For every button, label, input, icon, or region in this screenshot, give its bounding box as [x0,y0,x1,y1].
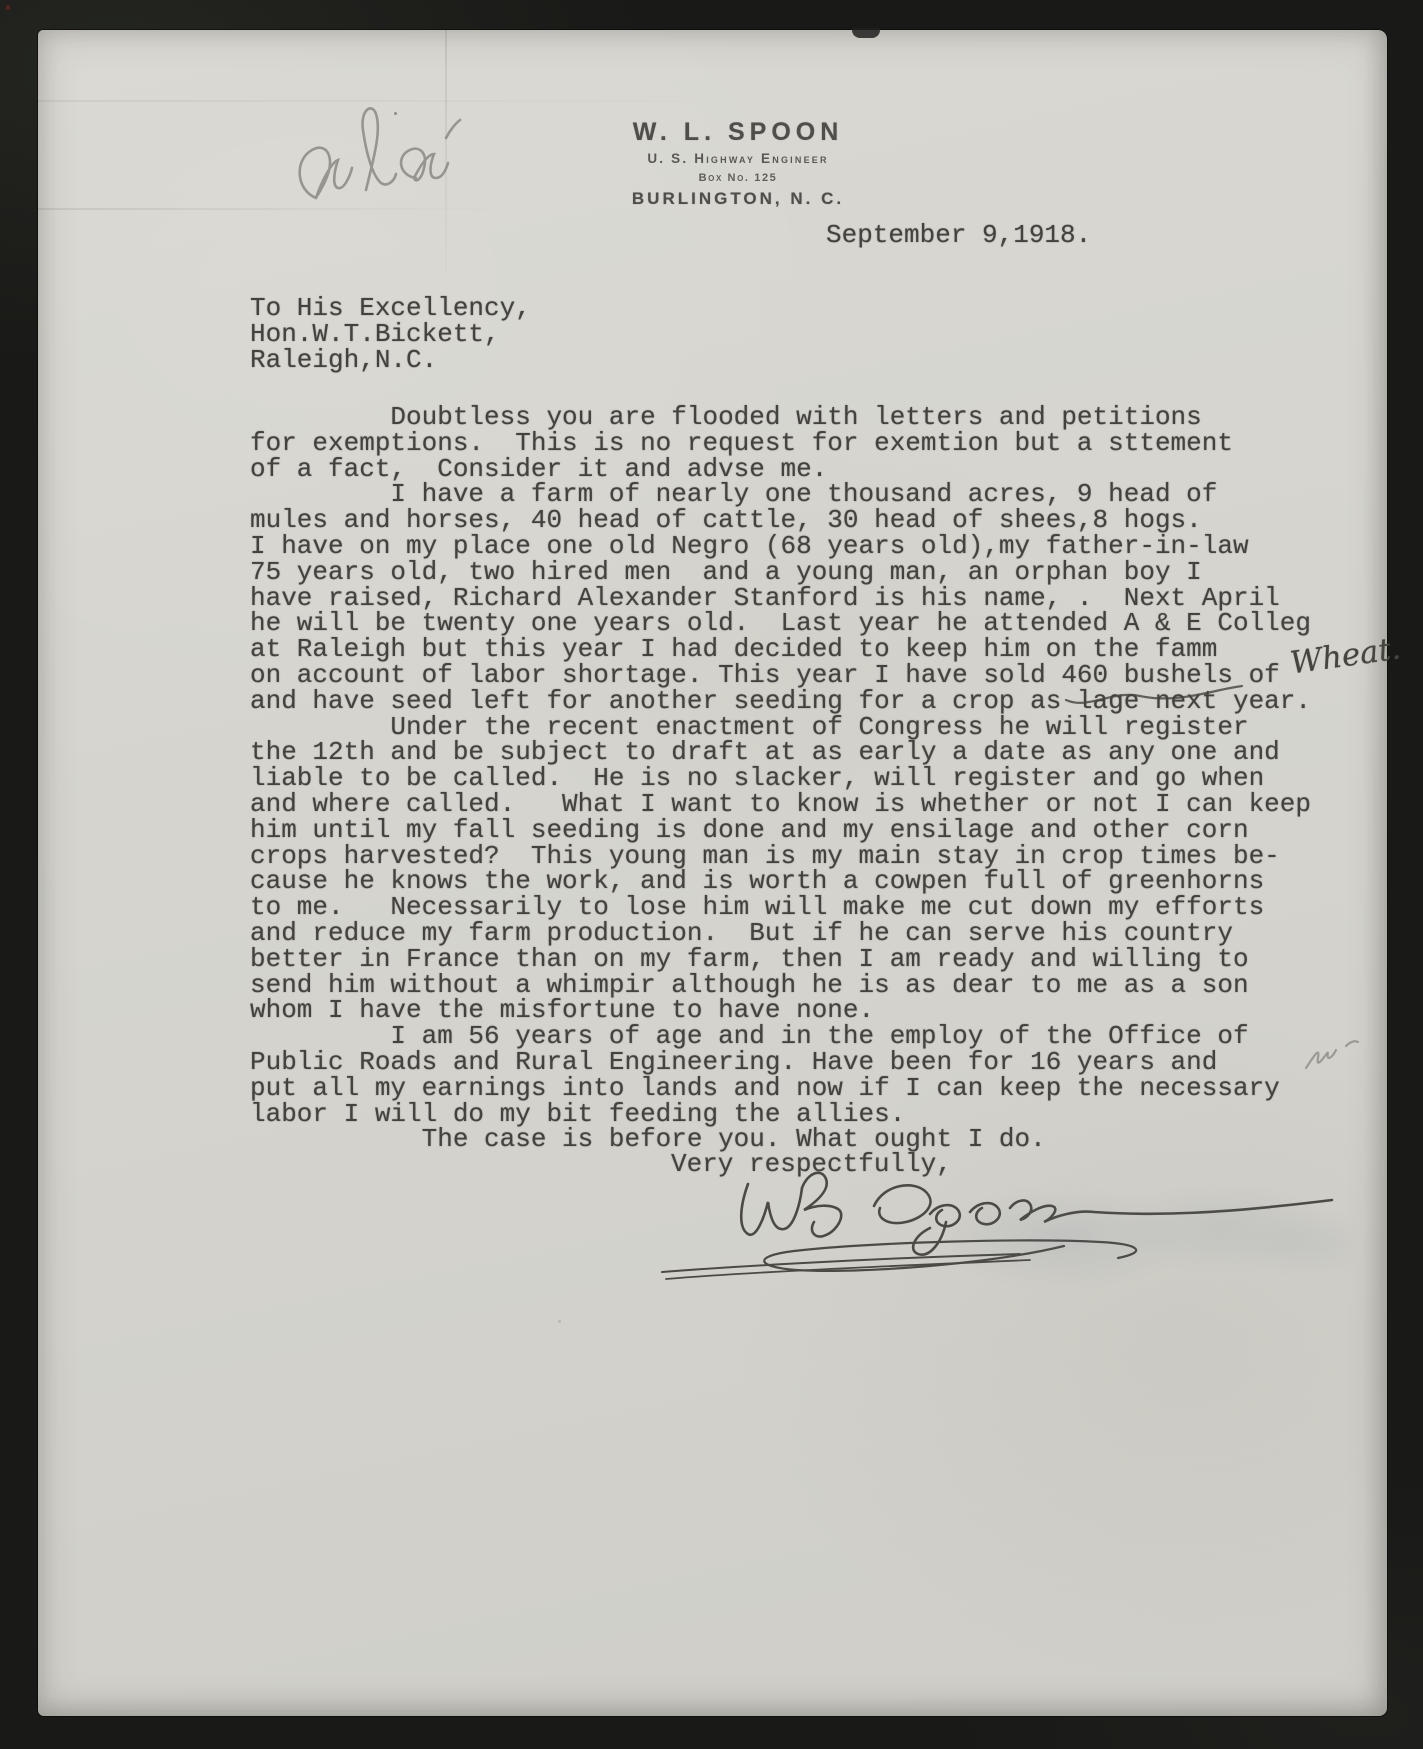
letterhead-city: BURLINGTON, N. C. [498,189,978,209]
letter-page: W. L. SPOON U. S. Highway Engineer Box N… [38,30,1387,1716]
body-line: I have on my place one old Negro (68 yea… [250,534,1311,560]
pencil-annotation-ala [286,92,476,217]
body-line: put all my earnings into lands and now i… [250,1076,1311,1102]
letterhead-title: U. S. Highway Engineer [498,151,978,166]
scan-background: W. L. SPOON U. S. Highway Engineer Box N… [0,0,1423,1749]
paper-speck [558,1320,561,1323]
body-text: Doubtless you are flooded with letters a… [250,405,1311,1153]
body-line: for exemptions. This is no request for e… [250,431,1311,457]
body-line: him until my fall seeding is done and my… [250,818,1311,844]
recipient-line: Raleigh,N.C. [250,348,531,374]
letterhead-name: W. L. SPOON [498,118,978,147]
recipient-line: To His Excellency, [250,296,531,322]
paper-blemish [852,28,880,38]
ghost-bleed [950,1180,1350,1295]
body-line: better in France than on my farm, then I… [250,947,1311,973]
body-line: Doubtless you are flooded with letters a… [250,405,1311,431]
body-line: 75 years old, two hired men and a young … [250,560,1311,586]
scan-dust-speck [6,5,10,10]
ink-underline [1060,680,1250,714]
body-line: Public Roads and Rural Engineering. Have… [250,1050,1311,1076]
date-line: September 9,1918. [826,222,1091,248]
letterhead-box-number: Box No. 125 [498,172,978,184]
recipient-block: To His Excellency, Hon.W.T.Bickett, Rale… [250,296,531,373]
pencil-scribble [1300,1032,1384,1082]
body-line: and where called. What I want to know is… [250,792,1311,818]
recipient-line: Hon.W.T.Bickett, [250,322,531,348]
body-line: and reduce my farm production. But if he… [250,921,1311,947]
